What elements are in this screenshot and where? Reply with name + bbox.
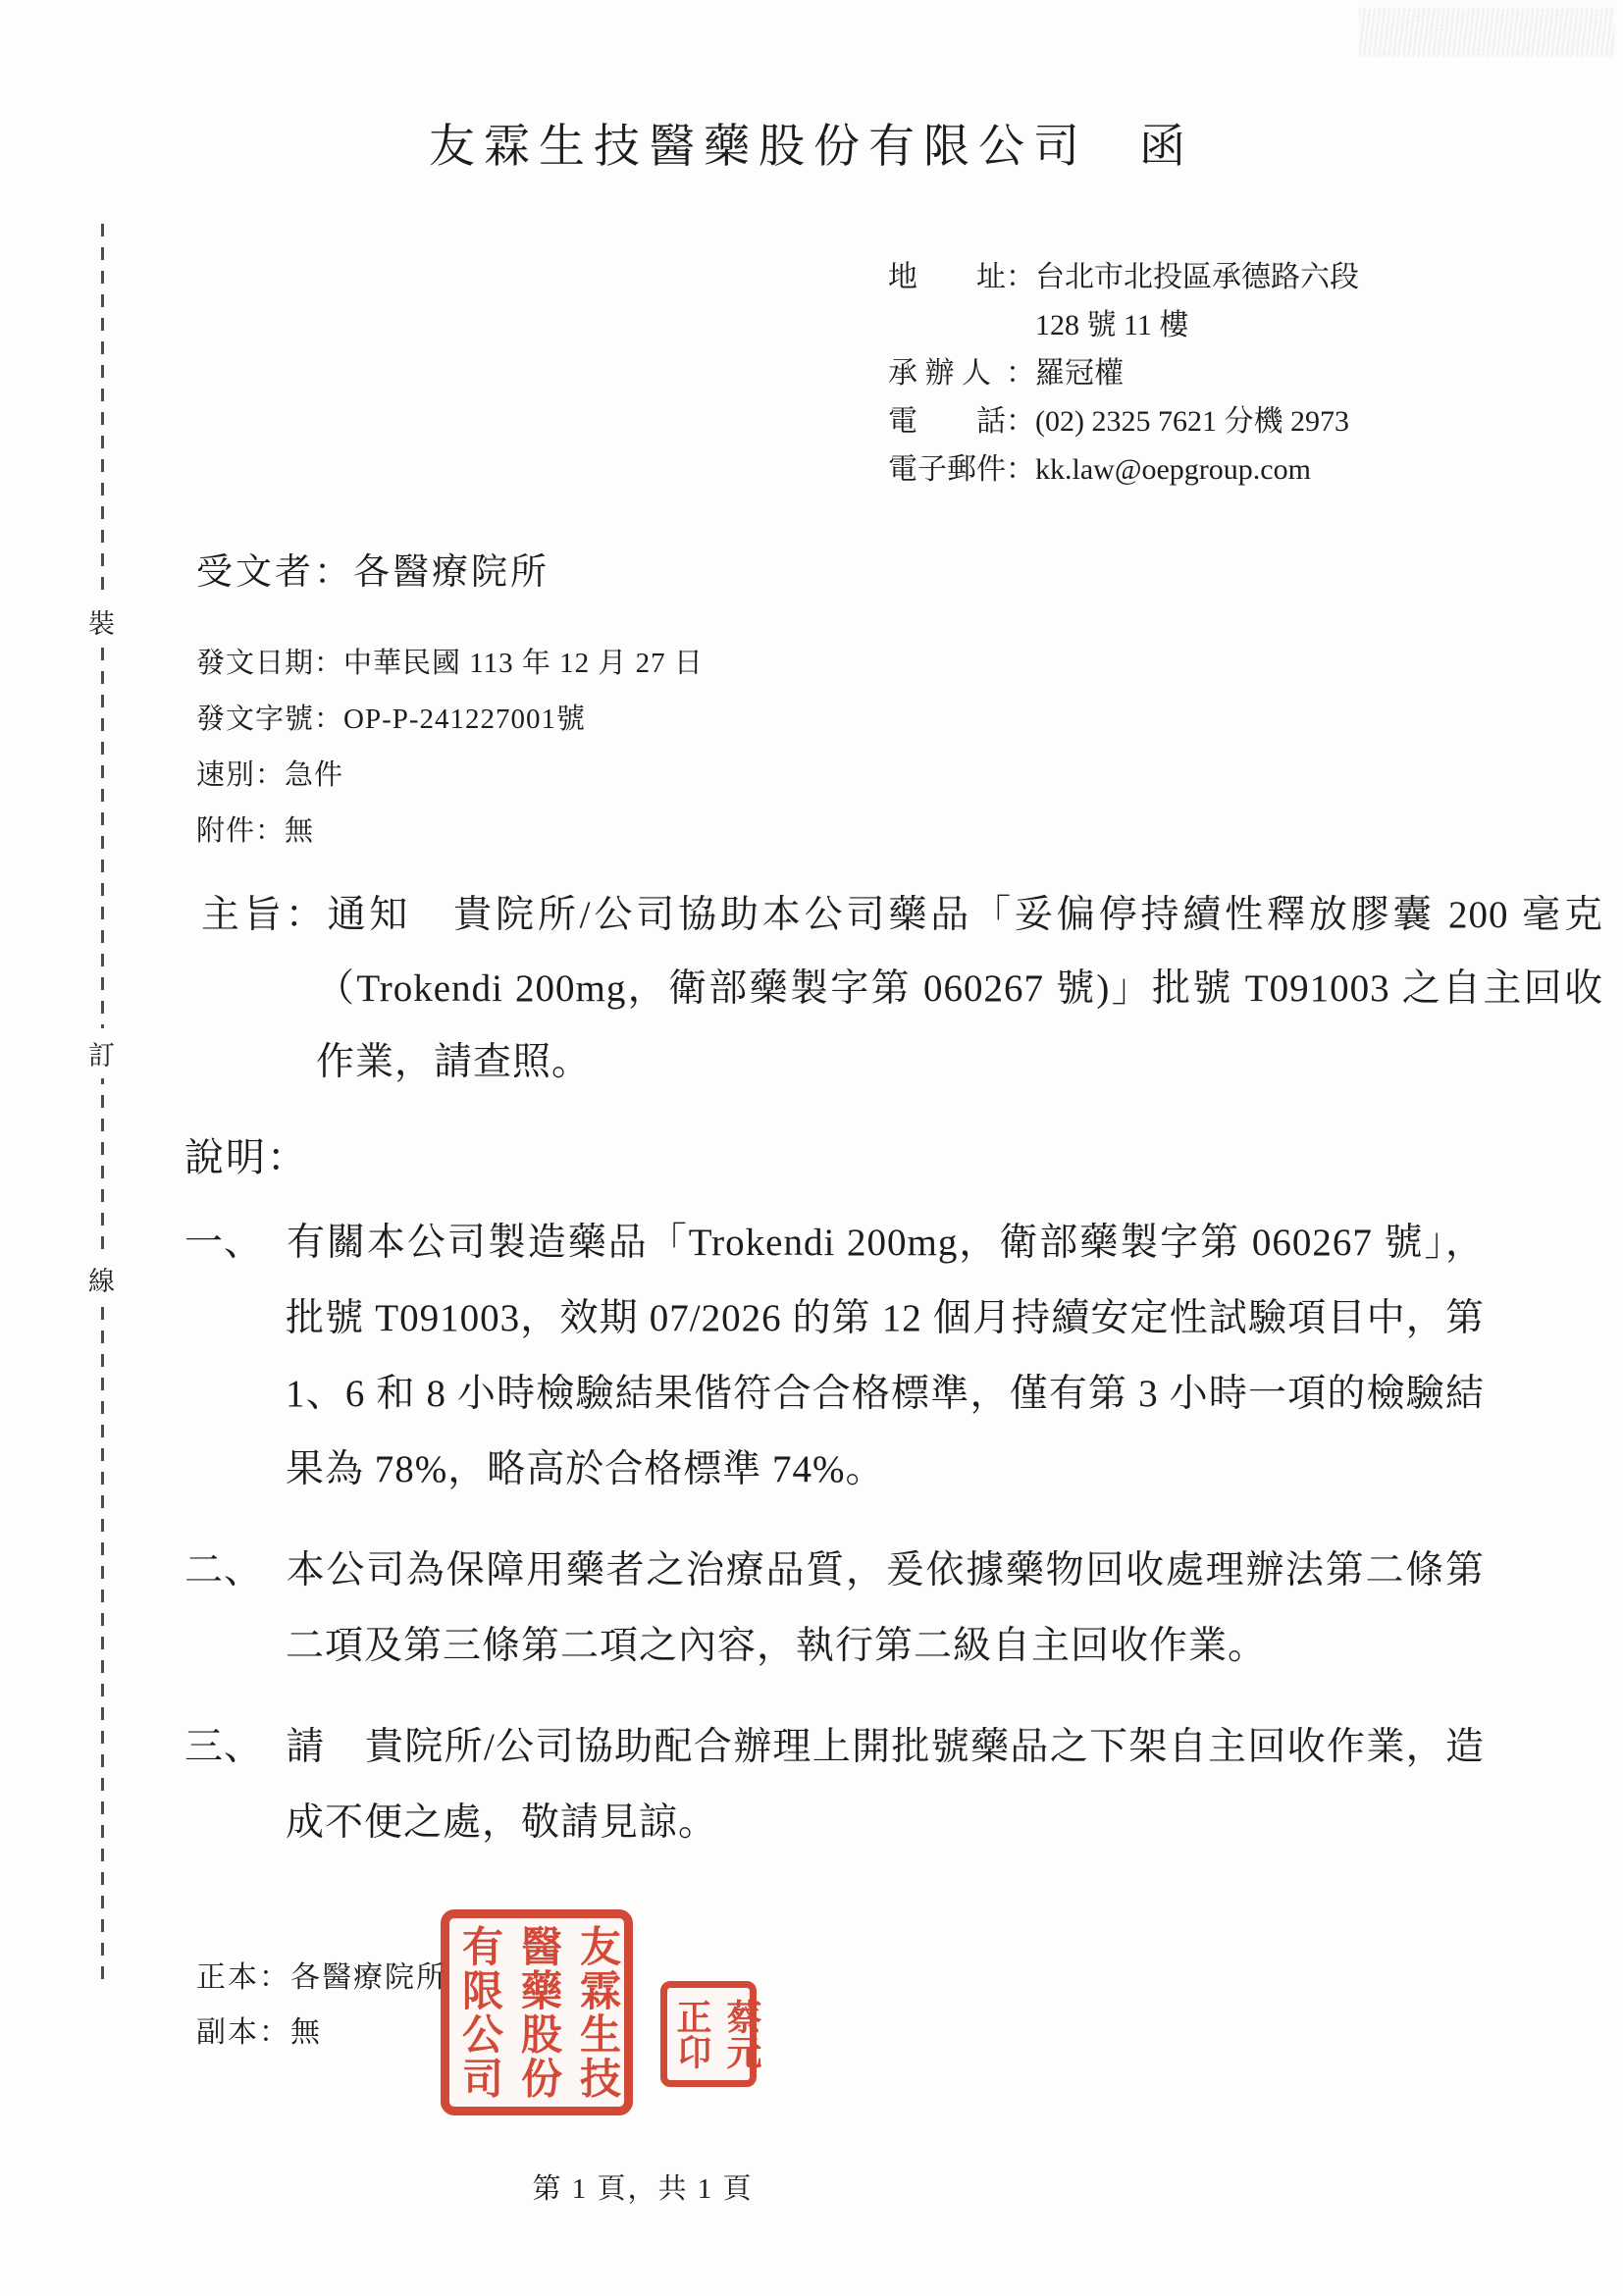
original-recipients-line: 正本：各醫療院所 — [196, 1951, 447, 2006]
seal-column: 正卬 — [667, 1999, 717, 2069]
page-number-footer: 第 1 頁，共 1 頁 — [0, 2166, 1285, 2207]
item-marker: 三、 — [184, 1709, 286, 1785]
contact-person-value: 羅冠權 — [1035, 349, 1124, 397]
item-text: 本公司為保障用藥者之治療品質，爰依據藥物回收處理辦法第二條第二項及第三條第二項之… — [286, 1549, 1485, 1667]
explanation-item-1: 一、有關本公司製造藥品「Trokendi 200mg，衛部藥製字第 060267… — [184, 1205, 1485, 1507]
copy-recipients-line: 副本：無 — [196, 2006, 447, 2061]
phone-value: (02) 2325 7621 分機 2973 — [1035, 397, 1349, 445]
phone-row: 電 話 ： (02) 2325 7621 分機 2973 — [888, 397, 1516, 445]
scanned-letter-page: 裝 訂 線 友霖生技醫藥股份有限公司函 地 址 ： 台北市北投區承德路六段 12… — [0, 0, 1623, 2296]
phone-label: 電 話 — [888, 397, 1006, 445]
subject-paragraph: 主旨：通知 貴院所/公司協助本公司藥品「妥偏停持續性釋放膠囊 200 毫克（Tr… — [201, 878, 1603, 1099]
binding-label-zhuang: 裝 — [84, 597, 119, 647]
seal-column: 有限公司 — [449, 1924, 508, 2101]
seal-column: 蔡元 — [717, 1999, 767, 2069]
sender-info-block: 地 址 ： 台北市北投區承德路六段 128 號 11 樓 承 辦 人 ： 羅冠權… — [888, 253, 1516, 494]
binding-label-ding: 訂 — [84, 1028, 119, 1078]
binding-dashed-line — [101, 224, 104, 1990]
contact-person-row: 承 辦 人 ： 羅冠權 — [888, 349, 1516, 397]
item-text: 請 貴院所/公司協助配合辦理上開批號藥品之下架自主回收作業，造成不便之處，敬請見… — [286, 1726, 1485, 1844]
explanation-heading: 說明： — [184, 1126, 308, 1182]
colon: ： — [1006, 253, 1035, 349]
recipient-line: 受文者：各醫療院所 — [196, 542, 550, 595]
explanation-item-3: 三、請 貴院所/公司協助配合辦理上開批號藥品之下架自主回收作業，造成不便之處，敬… — [184, 1709, 1485, 1860]
document-meta-block: 發文日期：中華民國 113 年 12 月 27 日 發文字號：OP-P-2412… — [196, 636, 704, 860]
colon: ： — [1006, 397, 1035, 445]
address-label: 地 址 — [888, 253, 1006, 349]
address-row: 地 址 ： 台北市北投區承德路六段 128 號 11 樓 — [888, 253, 1516, 349]
issue-date-line: 發文日期：中華民國 113 年 12 月 27 日 — [196, 636, 704, 692]
explanation-items: 一、有關本公司製造藥品「Trokendi 200mg，衛部藥製字第 060267… — [184, 1205, 1485, 1886]
subject-label: 主旨： — [201, 894, 328, 936]
company-name: 友霖生技醫藥股份有限公司 — [429, 122, 1088, 173]
distribution-block: 正本：各醫療院所 副本：無 — [196, 1951, 447, 2061]
email-row: 電子郵件 ： kk.law@oepgroup.com — [888, 445, 1516, 494]
document-number-line: 發文字號：OP-P-241227001號 — [196, 692, 704, 748]
seal-column: 友霖生技 — [567, 1924, 626, 2101]
document-type: 函 — [1139, 122, 1194, 173]
letter-title: 友霖生技醫藥股份有限公司函 — [0, 110, 1623, 176]
attachment-line: 附件：無 — [196, 804, 704, 860]
colon: ： — [1006, 445, 1035, 494]
explanation-item-2: 二、本公司為保障用藥者之治療品質，爰依據藥物回收處理辦法第二條第二項及第三條第二… — [184, 1533, 1485, 1684]
scanner-artifact — [1359, 8, 1614, 57]
item-text: 有關本公司製造藥品「Trokendi 200mg，衛部藥製字第 060267 號… — [286, 1222, 1485, 1490]
subject-text: 通知 貴院所/公司協助本公司藥品「妥偏停持續性釋放膠囊 200 毫克（Troke… — [316, 894, 1603, 1083]
priority-line: 速別：急件 — [196, 748, 704, 804]
contact-person-label: 承 辦 人 — [888, 349, 1006, 397]
item-marker: 二、 — [184, 1533, 286, 1608]
personal-seal-stamp: 蔡元 正卬 — [660, 1981, 757, 2087]
email-label: 電子郵件 — [888, 445, 1006, 494]
colon: ： — [1006, 349, 1035, 397]
company-seal-stamp: 友霖生技 醫藥股份 有限公司 — [441, 1909, 633, 2115]
binding-label-xian: 線 — [84, 1254, 119, 1304]
seal-column: 醫藥股份 — [508, 1924, 567, 2101]
address-value: 台北市北投區承德路六段 128 號 11 樓 — [1035, 253, 1359, 349]
item-marker: 一、 — [184, 1205, 286, 1280]
email-value: kk.law@oepgroup.com — [1035, 445, 1311, 494]
